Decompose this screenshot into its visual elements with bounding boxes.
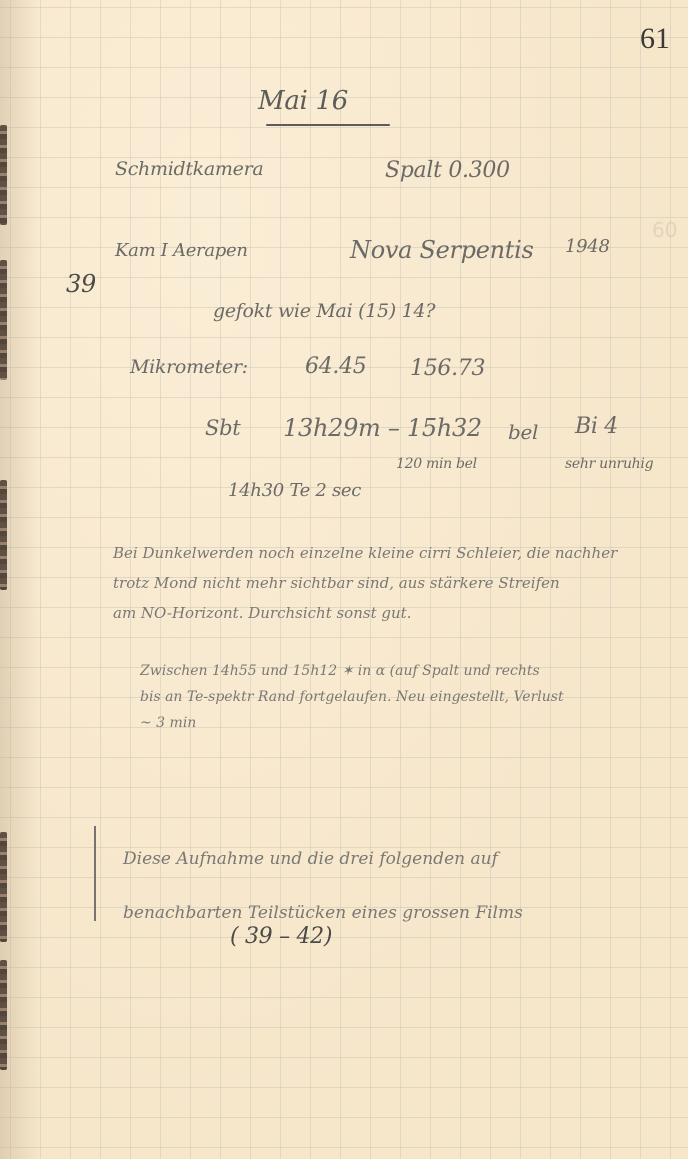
camera-label: Schmidtkamera: [115, 158, 263, 180]
footnote-line: Diese Aufnahme und die drei folgenden au…: [123, 832, 523, 886]
drift-line: bis an Te-spektr Rand fortgelaufen. Neu …: [140, 684, 564, 710]
show-through-mark: 60: [652, 218, 677, 242]
notebook-page: 60 61 Mai 16 Schmidtkamera Spalt 0.300 3…: [0, 0, 688, 1159]
micrometer-value-2: 156.73: [410, 356, 485, 381]
binding-stitch: [0, 480, 7, 590]
seeing-grade: Bi 4: [575, 414, 618, 439]
object-year: 1948: [565, 236, 610, 257]
binding-stitch: [0, 832, 7, 942]
binding-stitch: [0, 260, 7, 380]
plate-range: ( 39 – 42): [230, 924, 332, 949]
focus-note: gefokt wie Mai (15) 14?: [213, 300, 435, 322]
binding-stitch: [0, 960, 7, 1070]
plate-number: 39: [66, 270, 96, 298]
date-underline: [266, 124, 390, 126]
remarks-line: Bei Dunkelwerden noch einzelne kleine ci…: [113, 538, 617, 568]
exposure-suffix: bel: [508, 420, 538, 444]
remarks-line: trotz Mond nicht mehr sichtbar sind, aus…: [113, 568, 617, 598]
quality-note: sehr unruhig: [565, 456, 653, 472]
duration-note: 120 min bel: [396, 456, 477, 472]
extra-exposure-note: 14h30 Te 2 sec: [228, 480, 361, 501]
slit-setting: Spalt 0.300: [385, 158, 510, 183]
margin-bar: [94, 826, 96, 921]
drift-line: ~ 3 min: [140, 710, 564, 736]
exposure-time-range: 13h29m – 15h32: [283, 414, 482, 442]
date-heading: Mai 16: [258, 86, 348, 116]
page-number: 61: [640, 22, 670, 56]
micrometer-label: Mikrometer:: [130, 356, 248, 378]
drift-note: Zwischen 14h55 und 15h12 ✶ in α (auf Spa…: [140, 658, 564, 736]
remarks-paragraph: Bei Dunkelwerden noch einzelne kleine ci…: [113, 538, 617, 628]
object-name: Nova Serpentis: [350, 236, 534, 264]
micrometer-value-1: 64.45: [305, 354, 366, 379]
instrument-label: Kam I Aerapen: [115, 240, 248, 261]
drift-line: Zwischen 14h55 und 15h12 ✶ in α (auf Spa…: [140, 658, 564, 684]
binding-stitch: [0, 125, 7, 225]
exposure-label: Sbt: [205, 416, 240, 440]
remarks-line: am NO-Horizont. Durchsicht sonst gut.: [113, 598, 617, 628]
